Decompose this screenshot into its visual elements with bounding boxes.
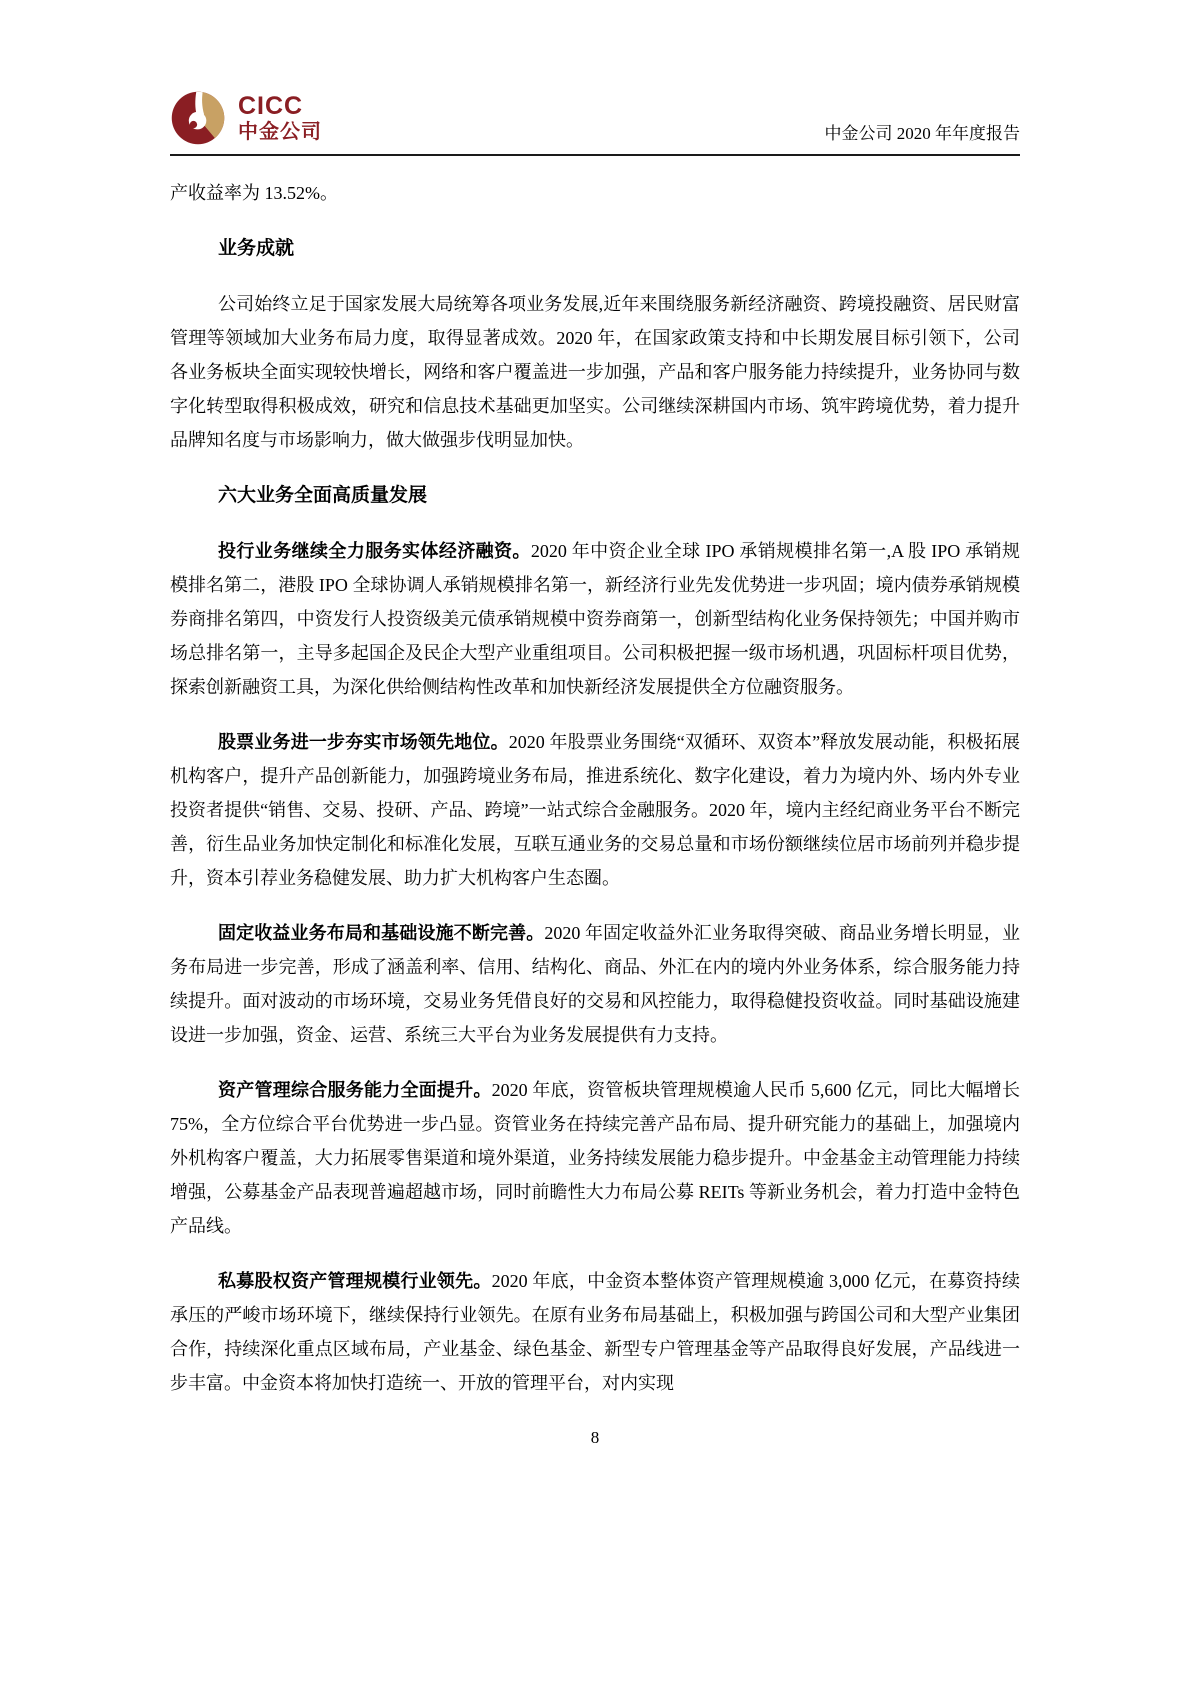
continuation-line: 产收益率为 13.52%。 <box>170 176 1020 210</box>
body-paragraph: 投行业务继续全力服务实体经济融资。2020 年中资企业全球 IPO 承销规模排名… <box>170 534 1020 704</box>
sections-container: 业务成就公司始终立足于国家发展大局统筹各项业务发展,近年来围绕服务新经济融资、跨… <box>170 232 1020 1400</box>
report-title: 中金公司 2020 年年度报告 <box>825 119 1021 146</box>
paragraph-lead: 固定收益业务布局和基础设施不断完善。 <box>218 923 544 943</box>
paragraph-text: 2020 年股票业务围绕“双循环、双资本”释放发展动能，积极拓展机构客户，提升产… <box>170 732 1020 888</box>
page-footer: 8 <box>170 1428 1020 1448</box>
paragraph-text: 2020 年中资企业全球 IPO 承销规模排名第一,A 股 IPO 承销规模排名… <box>170 541 1020 697</box>
page-header: CICC 中金公司 中金公司 2020 年年度报告 <box>170 88 1020 146</box>
body-paragraph: 资产管理综合服务能力全面提升。2020 年底，资管板块管理规模逾人民币 5,60… <box>170 1073 1020 1243</box>
body-paragraph: 公司始终立足于国家发展大局统筹各项业务发展,近年来围绕服务新经济融资、跨境投融资… <box>170 287 1020 457</box>
paragraph-lead: 资产管理综合服务能力全面提升。 <box>218 1080 492 1100</box>
page-number: 8 <box>591 1428 600 1447</box>
section-heading: 六大业务全面高质量发展 <box>170 479 1020 513</box>
paragraph-lead: 股票业务进一步夯实市场领先地位。 <box>218 732 509 752</box>
section-heading: 业务成就 <box>170 232 1020 266</box>
cicc-logo: CICC 中金公司 <box>170 90 322 146</box>
paragraph-lead: 私募股权资产管理规模行业领先。 <box>218 1271 492 1291</box>
paragraph-lead: 投行业务继续全力服务实体经济融资。 <box>218 541 531 561</box>
logo-chinese-text: 中金公司 <box>238 122 322 142</box>
paragraph-text: 2020 年底，资管板块管理规模逾人民币 5,600 亿元，同比大幅增长 75%… <box>170 1080 1020 1236</box>
header-rule <box>170 154 1020 156</box>
report-page: CICC 中金公司 中金公司 2020 年年度报告 产收益率为 13.52%。 … <box>0 0 1190 1683</box>
paragraph-text: 公司始终立足于国家发展大局统筹各项业务发展,近年来围绕服务新经济融资、跨境投融资… <box>170 294 1020 450</box>
logo-latin-text: CICC <box>238 94 322 119</box>
logo-wordmark: CICC 中金公司 <box>238 94 322 142</box>
body-paragraph: 私募股权资产管理规模行业领先。2020 年底，中金资本整体资产管理规模逾 3,0… <box>170 1264 1020 1400</box>
body-paragraph: 固定收益业务布局和基础设施不断完善。2020 年固定收益外汇业务取得突破、商品业… <box>170 916 1020 1052</box>
cicc-logo-icon <box>170 90 226 146</box>
document-body: 产收益率为 13.52%。 业务成就公司始终立足于国家发展大局统筹各项业务发展,… <box>170 176 1020 1400</box>
body-paragraph: 股票业务进一步夯实市场领先地位。2020 年股票业务围绕“双循环、双资本”释放发… <box>170 725 1020 895</box>
